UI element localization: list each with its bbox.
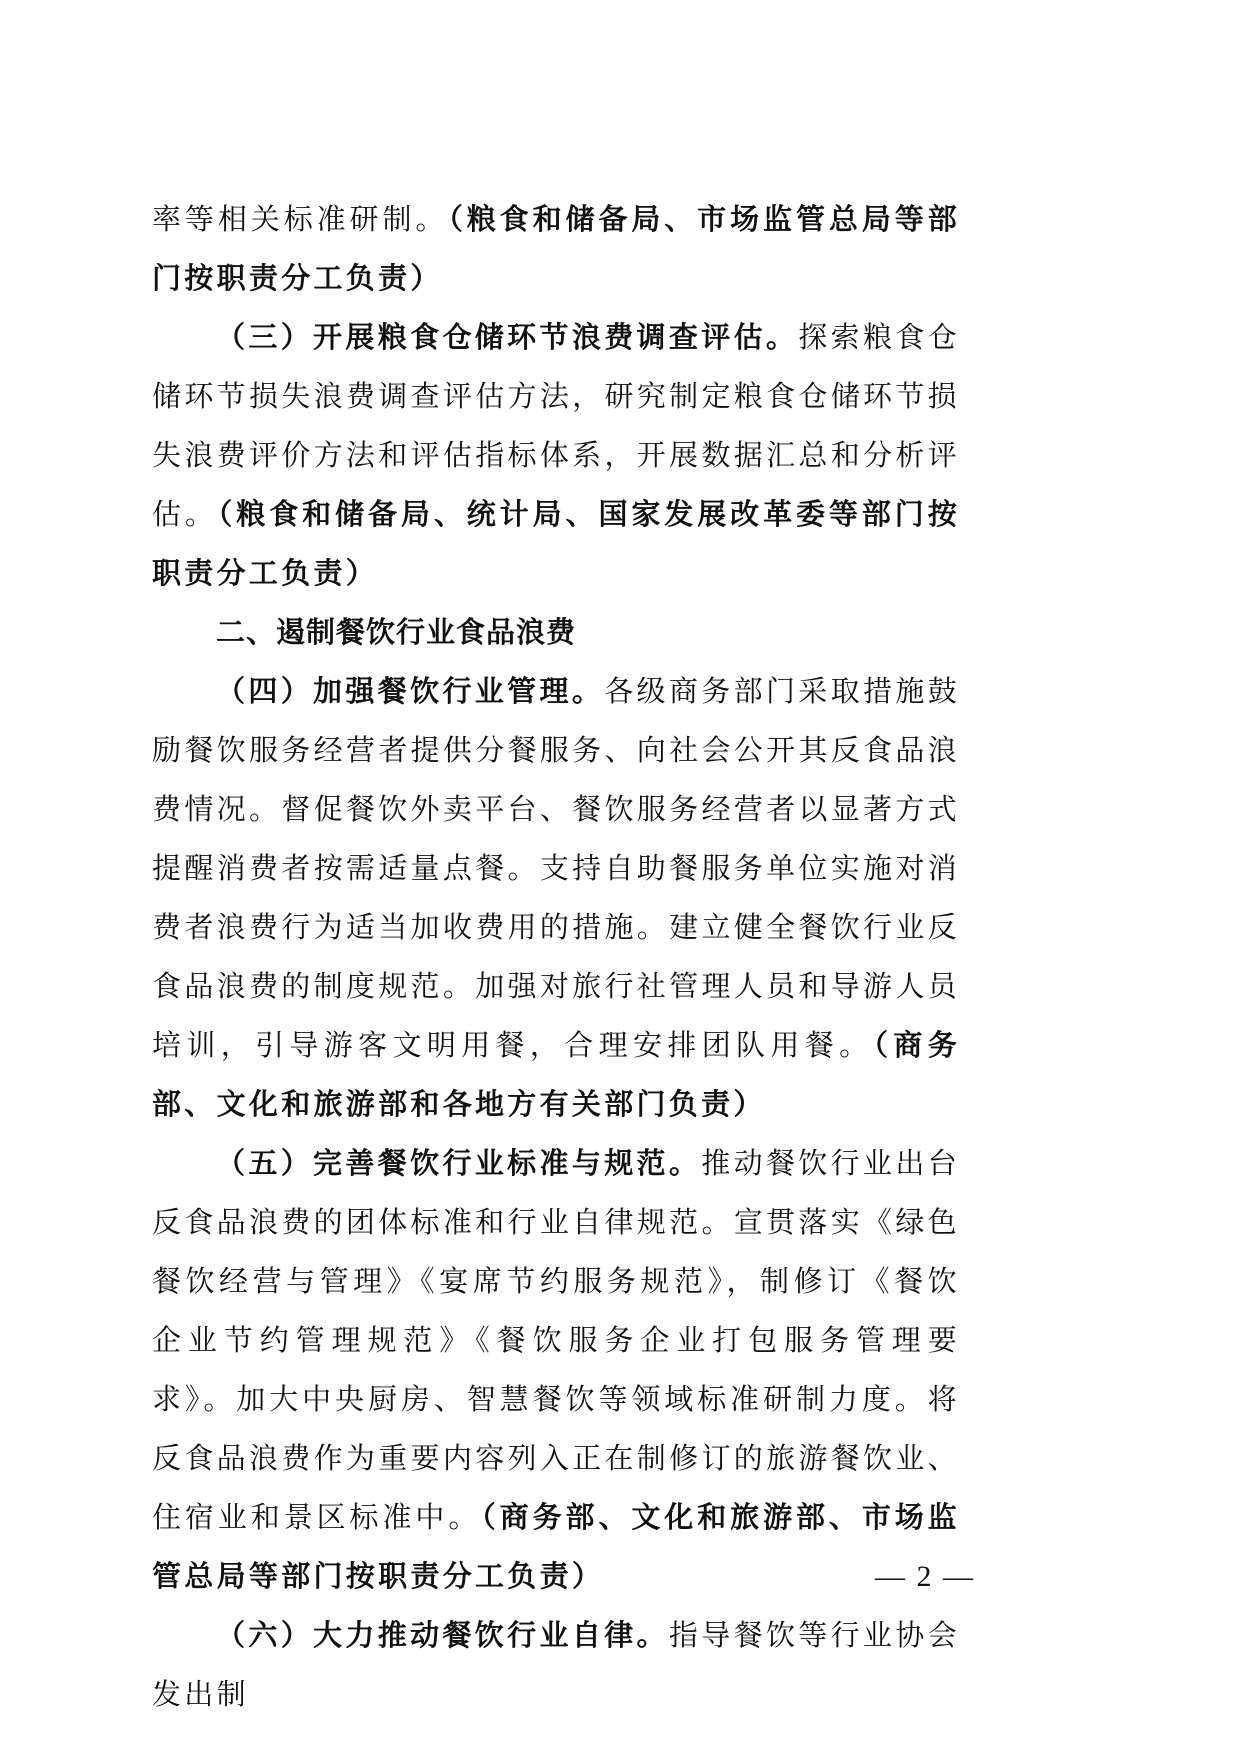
document-page: 率等相关标准研制。（粮食和储备局、市场监管总局等部门按职责分工负责） （三）开展…	[0, 0, 1240, 1754]
document-body: 率等相关标准研制。（粮食和储备局、市场监管总局等部门按职责分工负责） （三）开展…	[152, 190, 960, 1724]
responsible-departments: （粮食和储备局、统计局、国家发展改革委等部门按职责分工负责）	[152, 497, 960, 590]
paragraph-continuation: 率等相关标准研制。（粮食和储备局、市场监管总局等部门按职责分工负责）	[152, 190, 960, 308]
paragraph-item-5: （五）完善餐饮行业标准与规范。推动餐饮行业出台反食品浪费的团体标准和行业自律规范…	[152, 1134, 960, 1606]
paragraph-item-6: （六）大力推动餐饮行业自律。指导餐饮等行业协会发出制	[152, 1606, 960, 1724]
item-heading: （三）开展粮食仓储环节浪费调查评估。	[216, 320, 798, 354]
paragraph-item-3: （三）开展粮食仓储环节浪费调查评估。探索粮食仓储环节损失浪费调查评估方法，研究制…	[152, 308, 960, 603]
page-number: — 2 —	[870, 1560, 980, 1594]
paragraph-body: 推动餐饮行业出台反食品浪费的团体标准和行业自律规范。宣贯落实《绿色餐饮经营与管理…	[152, 1146, 960, 1534]
item-heading: （六）大力推动餐饮行业自律。	[216, 1618, 669, 1652]
item-heading: （四）加强餐饮行业管理。	[216, 674, 604, 708]
paragraph-body: 率等相关标准研制。	[152, 202, 448, 236]
paragraph-body: 各级商务部门采取措施鼓励餐饮服务经营者提供分餐服务、向社会公开其反食品浪费情况。…	[152, 674, 960, 1062]
item-heading: （五）完善餐饮行业标准与规范。	[216, 1146, 701, 1180]
paragraph-item-4: （四）加强餐饮行业管理。各级商务部门采取措施鼓励餐饮服务经营者提供分餐服务、向社…	[152, 662, 960, 1134]
section-heading: 二、遏制餐饮行业食品浪费	[152, 603, 960, 662]
